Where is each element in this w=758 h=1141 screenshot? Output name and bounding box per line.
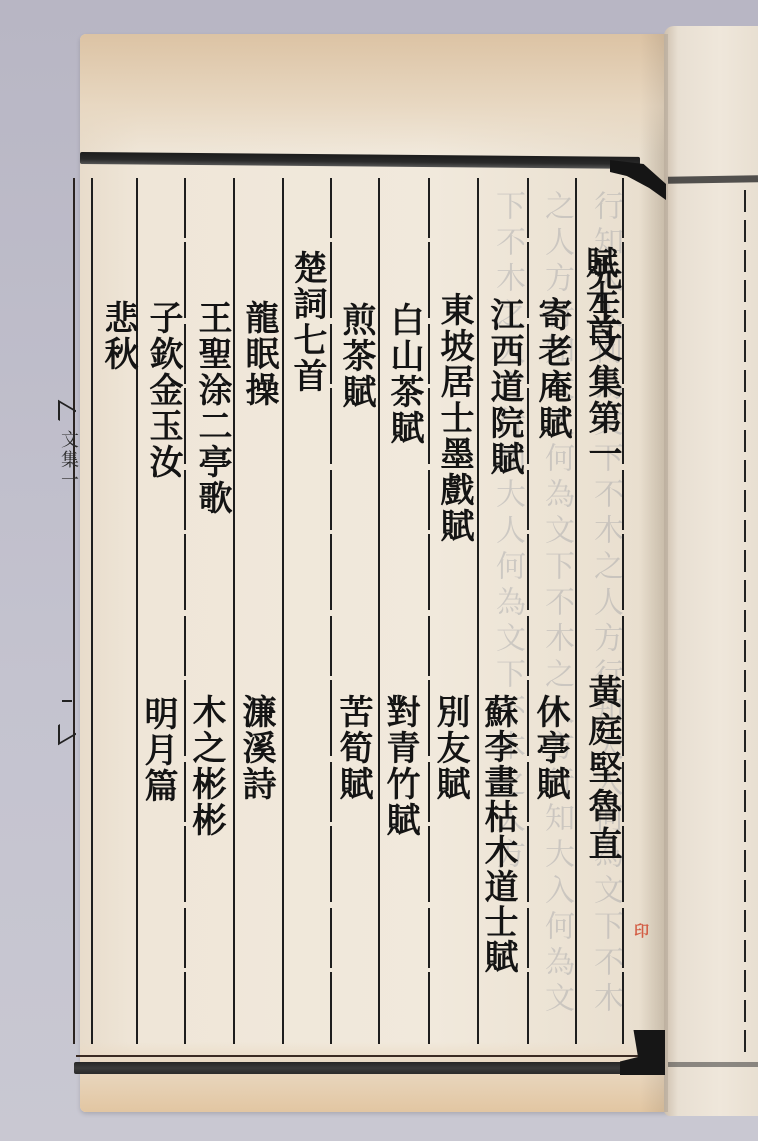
section-heading-chuci: 楚詞七首 xyxy=(287,250,327,394)
column-rule xyxy=(233,178,235,1044)
page-bottom-stain xyxy=(80,1042,668,1112)
column-rule xyxy=(330,178,332,1044)
toc-item: 王聖涂二亭歌 xyxy=(192,300,232,516)
bottom-border-rule xyxy=(74,1062,644,1074)
red-collector-seal: 印 xyxy=(619,923,649,967)
column-rule xyxy=(91,178,93,1044)
column-rule xyxy=(378,178,380,1044)
toc-item: 悲秋 xyxy=(98,300,138,372)
fold-margin-title: 文集一 xyxy=(55,430,81,490)
column-rule xyxy=(527,178,529,1044)
column-rule xyxy=(575,178,577,1044)
toc-item: 子欽金玉汝 xyxy=(143,300,183,480)
toc-item: 江西道院賦 xyxy=(484,297,524,477)
column-rule xyxy=(428,178,430,1044)
column-rule xyxy=(184,178,186,1044)
page-top-stain xyxy=(80,34,668,154)
bottom-border-thin-rule xyxy=(76,1055,656,1057)
section-heading-fu: 賦十首 xyxy=(580,246,620,348)
fold-margin-page-number xyxy=(62,700,72,702)
toc-item: 濂溪詩 xyxy=(236,694,276,802)
author-line: 黃庭堅魯直 xyxy=(582,674,622,864)
column-rule xyxy=(282,178,284,1044)
toc-item: 寄老庵賦 xyxy=(532,297,572,441)
toc-item: 白山茶賦 xyxy=(384,302,424,446)
toc-item: 別友賦 xyxy=(430,694,470,802)
toc-item: 東坡居士墨戲賦 xyxy=(434,292,474,544)
toc-item: 木之彬彬 xyxy=(186,694,226,838)
toc-item: 苦筍賦 xyxy=(333,694,373,802)
toc-item: 煎茶賦 xyxy=(336,302,376,410)
toc-item: 蘇李畫枯木道士賦 xyxy=(478,694,518,974)
column-rule xyxy=(622,178,624,1044)
next-page-bottom-rule xyxy=(668,1062,758,1067)
next-page-column-rule xyxy=(744,190,746,1060)
fold-margin-rule xyxy=(73,178,75,1044)
toc-item: 龍眠操 xyxy=(239,300,279,408)
toc-item: 對青竹賦 xyxy=(380,694,420,838)
toc-item: 休亭賦 xyxy=(530,694,570,802)
toc-item: 明月篇 xyxy=(138,696,178,804)
